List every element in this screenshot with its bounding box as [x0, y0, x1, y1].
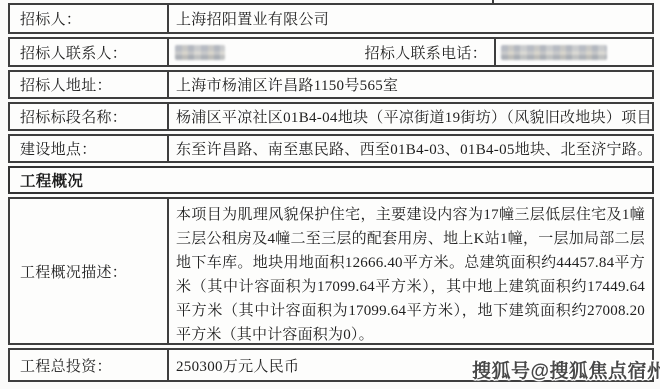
- investment-label: 工程总投资：: [10, 350, 167, 380]
- table-row-bidder: 招标人： 上海招阳置业有限公司: [8, 3, 654, 34]
- location-label: 建设地点：: [10, 136, 167, 161]
- address-label: 招标人地址：: [10, 72, 167, 97]
- tender-info-document: 招标人： 上海招阳置业有限公司 招标人联系人： 招标人联系电话： 招标人地址： …: [0, 0, 660, 389]
- contact-person-label: 招标人联系人：: [10, 39, 167, 65]
- overview-description-value: 本项目为肌理风貌保护住宅，主要建设内容为17幢三层低层住宅及1幢三层公租房及4幢…: [167, 199, 652, 343]
- redacted-contact-phone: [501, 45, 607, 60]
- overview-description-label: 工程概况描述：: [10, 199, 167, 343]
- table-row-overview-header: 工程概况: [8, 166, 654, 194]
- table-row-overview-description: 工程概况描述： 本项目为肌理风貌保护住宅，主要建设内容为17幢三层低层住宅及1幢…: [8, 197, 654, 345]
- table-row-contact: 招标人联系人： 招标人联系电话：: [8, 37, 654, 67]
- table-row-address: 招标人地址： 上海市杨浦区许昌路1150号565室: [8, 70, 654, 99]
- contact-phone-label: 招标人联系电话：: [310, 39, 494, 65]
- location-value: 东至许昌路、南至惠民路、西至01B4-03、01B4-05地块、北至济宁路。: [167, 136, 652, 161]
- section-name-label: 招标标段名称：: [10, 104, 167, 129]
- redacted-contact-name: [175, 45, 225, 60]
- contact-person-value-cell: [167, 39, 310, 65]
- bidder-value: 上海招阳置业有限公司: [167, 5, 652, 32]
- bidder-label: 招标人：: [10, 5, 167, 32]
- tender-info-table: 招标人： 上海招阳置业有限公司 招标人联系人： 招标人联系电话： 招标人地址： …: [8, 3, 654, 382]
- table-row-section-name: 招标标段名称： 杨浦区平凉社区01B4-04地块（平凉街道19街坊）（风貌旧改地…: [8, 102, 654, 131]
- table-row-location: 建设地点： 东至许昌路、南至惠民路、西至01B4-03、01B4-05地块、北至…: [8, 134, 654, 163]
- overview-section-header: 工程概况: [10, 168, 652, 192]
- contact-phone-value-cell: [494, 39, 652, 65]
- section-name-value: 杨浦区平凉社区01B4-04地块（平凉街道19街坊）（风貌旧改地块）项目: [167, 104, 652, 129]
- sohu-account-watermark: 搜狐号@搜狐焦点宿州站: [472, 356, 660, 383]
- address-value: 上海市杨浦区许昌路1150号565室: [167, 72, 652, 97]
